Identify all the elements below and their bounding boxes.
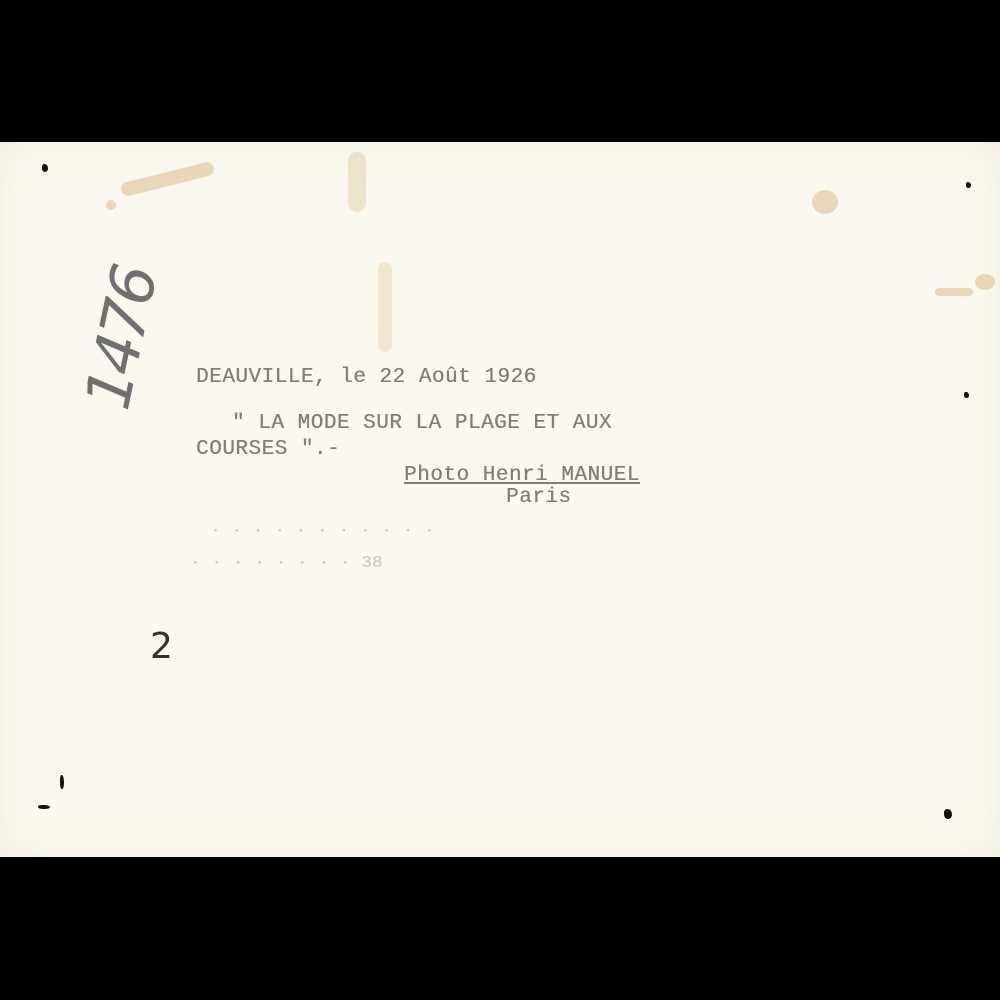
typed-date-line: DEAUVILLE, le 22 Août 1926 <box>196 366 537 389</box>
handwritten-number: 1476 <box>70 262 171 416</box>
stain-right-top <box>812 190 838 214</box>
photo-card-back: 1476 2 DEAUVILLE, le 22 Août 1926 " LA M… <box>0 142 1000 857</box>
damage-mark <box>944 809 952 819</box>
stain-right <box>935 288 973 296</box>
typed-caption-line1: " LA MODE SUR LA PLAGE ET AUX <box>232 412 612 435</box>
damage-mark <box>42 164 48 172</box>
damage-mark <box>60 775 64 789</box>
handwritten-mark: 2 <box>150 626 173 667</box>
stain-vertical <box>348 152 366 212</box>
stain-dot <box>106 200 116 210</box>
damage-mark <box>964 392 969 398</box>
damage-mark <box>38 805 50 809</box>
typed-city: Paris <box>506 486 572 509</box>
stain-right-2 <box>975 274 995 290</box>
faded-line-2: · · · · · · · · 38 <box>190 554 383 573</box>
typed-caption-line2: COURSES ".- <box>196 438 340 461</box>
typed-photo-credit: Photo Henri MANUEL <box>404 464 640 487</box>
faded-line-1: · · · · · · · · · · · <box>210 522 435 541</box>
stain-top-left <box>120 161 216 198</box>
damage-mark <box>966 182 971 188</box>
stain-vertical-2 <box>378 262 392 352</box>
